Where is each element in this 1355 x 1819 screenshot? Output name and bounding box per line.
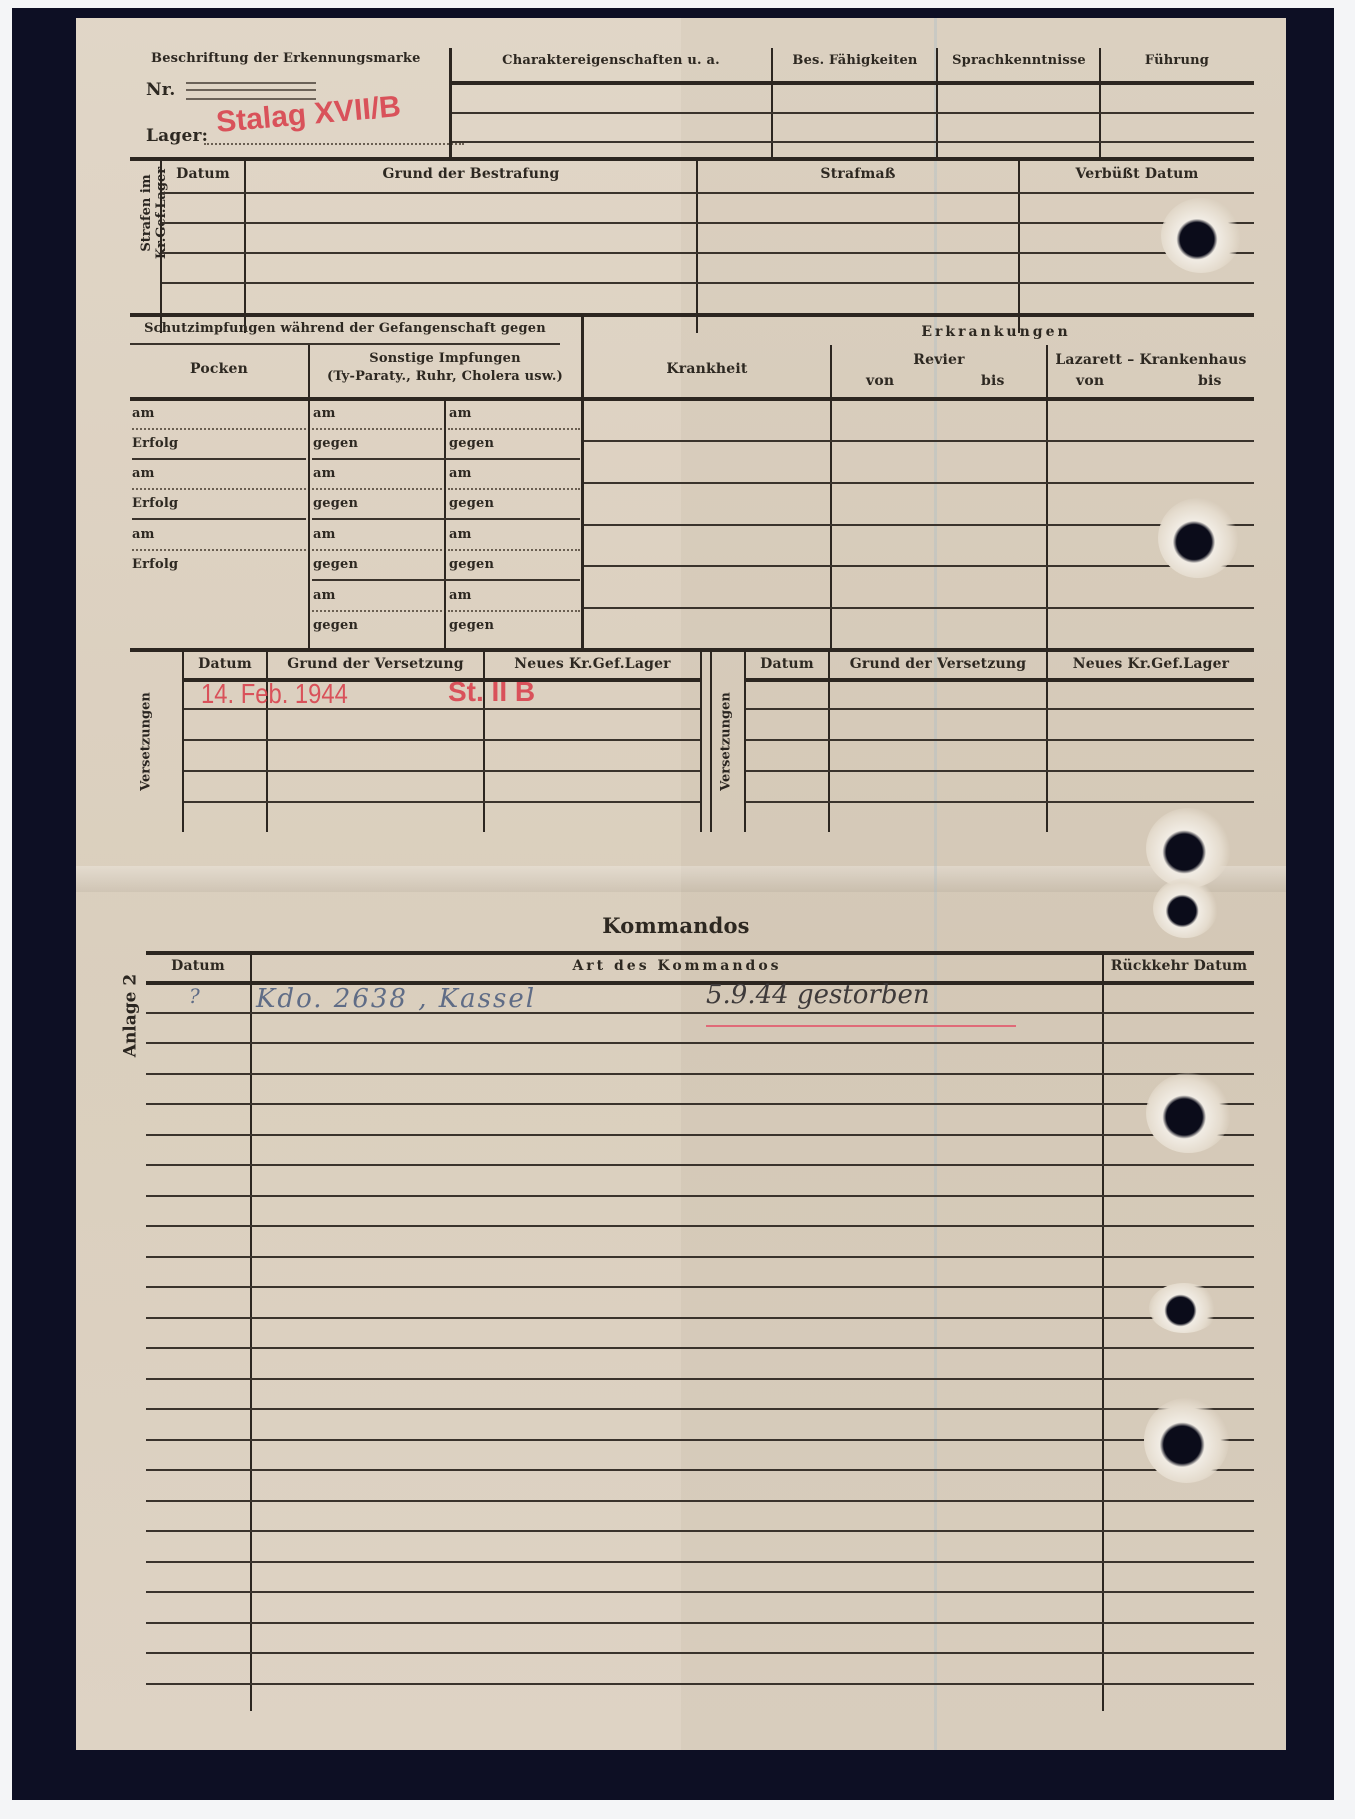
divider bbox=[1046, 345, 1048, 649]
divider bbox=[830, 345, 832, 649]
rule bbox=[746, 708, 1254, 710]
col-sprachen: Sprachkenntnisse bbox=[939, 53, 1099, 68]
rule bbox=[132, 518, 306, 520]
rule bbox=[312, 579, 580, 581]
dotted-line bbox=[448, 610, 580, 612]
strafen-col-strafmass: Strafmaß bbox=[698, 166, 1018, 182]
nr-redacted-lines bbox=[186, 82, 316, 100]
divider bbox=[308, 345, 310, 649]
sonst-b-am-2: am bbox=[449, 466, 472, 481]
rule bbox=[146, 1073, 1254, 1075]
rule bbox=[146, 1439, 1254, 1441]
rule bbox=[130, 313, 1254, 317]
vers-r-col-grund: Grund der Versetzung bbox=[830, 656, 1046, 672]
dotted-line bbox=[448, 428, 580, 430]
sonst-b-am-1: am bbox=[449, 406, 472, 421]
strafen-col-grund: Grund der Bestrafung bbox=[246, 166, 696, 182]
rule bbox=[146, 1225, 1254, 1227]
rule bbox=[146, 1683, 1254, 1685]
divider bbox=[444, 399, 446, 649]
versetzung-datum-stamp: 14. Feb. 1944 bbox=[201, 678, 348, 710]
rule bbox=[584, 440, 1254, 442]
erkr-revier-bis: bis bbox=[981, 373, 1005, 389]
kommandos-title: Kommandos bbox=[546, 913, 806, 938]
col-charakter: Charaktereigenschaften u. a. bbox=[452, 53, 770, 68]
pocken-am-2: am bbox=[132, 466, 155, 481]
sonst-a-gegen-4: gegen bbox=[313, 618, 358, 633]
dotted-line bbox=[312, 428, 442, 430]
anlage-side-label: Anlage 2 bbox=[124, 961, 139, 1071]
rule bbox=[146, 1469, 1254, 1471]
rule bbox=[146, 1530, 1254, 1532]
rule bbox=[130, 343, 560, 345]
bullet-hole-damage bbox=[1161, 198, 1241, 273]
impf-col-sonstige: Sonstige Impfungen bbox=[310, 351, 580, 366]
sonst-b-am-4: am bbox=[449, 588, 472, 603]
rule bbox=[146, 1103, 1254, 1105]
sonst-b-gegen-1: gegen bbox=[449, 436, 494, 451]
rule bbox=[146, 1195, 1254, 1197]
kdo-entry-art: Kdo. 2638 , Kassel bbox=[256, 984, 536, 1014]
rule bbox=[184, 739, 700, 741]
bullet-hole-damage bbox=[1149, 1283, 1219, 1333]
divider bbox=[696, 159, 698, 333]
rule bbox=[746, 739, 1254, 741]
erkr-col-krankheit: Krankheit bbox=[584, 361, 830, 377]
paper-fold bbox=[76, 866, 1286, 892]
versetzungen-side-label-right: Versetzungen bbox=[719, 692, 734, 792]
pocken-am-1: am bbox=[132, 406, 155, 421]
sonst-b-gegen-4: gegen bbox=[449, 618, 494, 633]
sonst-a-gegen-3: gegen bbox=[313, 557, 358, 572]
col-faehigkeiten: Bes. Fähigkeiten bbox=[774, 53, 936, 68]
rule bbox=[162, 192, 1254, 194]
kdo-col-rueckkehr: Rückkehr Datum bbox=[1104, 958, 1254, 974]
pocken-erfolg-1: Erfolg bbox=[132, 436, 178, 451]
rule bbox=[162, 222, 1254, 224]
vers-l-col-neues-lager: Neues Kr.Gef.Lager bbox=[485, 656, 700, 672]
erkr-col-lazarett: Lazarett – Krankenhaus bbox=[1048, 352, 1254, 368]
bullet-hole-damage bbox=[1158, 498, 1238, 578]
dotted-line bbox=[312, 610, 442, 612]
rule bbox=[584, 607, 1254, 609]
sonst-b-gegen-3: gegen bbox=[449, 557, 494, 572]
rule bbox=[146, 1164, 1254, 1166]
nr-redacted-line bbox=[186, 89, 316, 91]
divider bbox=[250, 953, 252, 1711]
rule bbox=[584, 565, 1254, 567]
erkr-lazarett-bis: bis bbox=[1198, 373, 1222, 389]
rule bbox=[146, 1134, 1254, 1136]
impf-col-sonstige-detail: (Ty-Paraty., Ruhr, Cholera usw.) bbox=[310, 369, 580, 384]
versetzung-lager-stamp: St. II B bbox=[448, 676, 535, 708]
pocken-erfolg-2: Erfolg bbox=[132, 496, 178, 511]
col-fuehrung: Führung bbox=[1102, 53, 1252, 68]
rule bbox=[162, 252, 1254, 254]
erkennungsmarke-title: Beschriftung der Erkennungsmarke bbox=[151, 51, 421, 66]
divider bbox=[1018, 159, 1020, 333]
dotted-line bbox=[132, 428, 306, 430]
rule bbox=[312, 518, 580, 520]
dotted-line bbox=[312, 549, 442, 551]
paper-crease bbox=[934, 18, 937, 1750]
rule bbox=[452, 112, 1254, 114]
rule bbox=[184, 770, 700, 772]
impfungen-title: Schutzimpfungen während der Gefangenscha… bbox=[130, 321, 560, 336]
sonst-a-am-3: am bbox=[313, 527, 336, 542]
sonst-a-am-2: am bbox=[313, 466, 336, 481]
kdo-entry-note: 5.9.44 gestorben bbox=[706, 980, 930, 1010]
strafen-col-verbuesst: Verbüßt Datum bbox=[1020, 166, 1254, 182]
rule bbox=[146, 1317, 1254, 1319]
divider bbox=[160, 159, 162, 333]
bullet-hole-damage bbox=[1146, 808, 1231, 888]
divider bbox=[244, 159, 246, 333]
rule bbox=[746, 770, 1254, 772]
vers-r-col-datum: Datum bbox=[746, 656, 828, 672]
rule bbox=[146, 951, 1254, 955]
rule bbox=[452, 81, 1254, 85]
erkr-lazarett-von: von bbox=[1076, 373, 1104, 389]
pocken-am-3: am bbox=[132, 527, 155, 542]
bullet-hole-damage bbox=[1144, 1398, 1229, 1483]
rule bbox=[146, 1347, 1254, 1349]
rule bbox=[184, 801, 700, 803]
rule bbox=[746, 801, 1254, 803]
rule bbox=[146, 1500, 1254, 1502]
rule bbox=[146, 1256, 1254, 1258]
erkr-revier-von: von bbox=[866, 373, 894, 389]
rule bbox=[146, 1378, 1254, 1380]
rule bbox=[146, 1408, 1254, 1410]
vers-l-col-datum: Datum bbox=[184, 656, 266, 672]
kdo-col-art: Art des Kommandos bbox=[252, 958, 1102, 974]
vers-r-col-neues-lager: Neues Kr.Gef.Lager bbox=[1048, 656, 1254, 672]
rule bbox=[132, 458, 306, 460]
dotted-line bbox=[132, 549, 306, 551]
rule bbox=[130, 157, 1254, 161]
dotted-line bbox=[132, 488, 306, 490]
rule bbox=[146, 1622, 1254, 1624]
sonst-a-am-1: am bbox=[313, 406, 336, 421]
divider bbox=[700, 650, 702, 832]
nr-label: Nr. bbox=[146, 80, 175, 100]
rule bbox=[146, 1561, 1254, 1563]
rule bbox=[146, 1286, 1254, 1288]
dotted-line bbox=[312, 488, 442, 490]
bullet-hole-damage bbox=[1153, 878, 1218, 938]
kdo-col-datum: Datum bbox=[146, 958, 250, 974]
rule bbox=[130, 397, 1254, 401]
lager-label: Lager: bbox=[146, 126, 208, 146]
versetzungen-side-label-left: Versetzungen bbox=[139, 692, 154, 792]
rule bbox=[584, 482, 1254, 484]
rule bbox=[452, 141, 1254, 143]
rule bbox=[584, 524, 1254, 526]
rule bbox=[146, 1652, 1254, 1654]
sonst-b-gegen-2: gegen bbox=[449, 496, 494, 511]
document-page: Beschriftung der Erkennungsmarke Nr. Lag… bbox=[76, 18, 1286, 1750]
red-underline bbox=[706, 1025, 1016, 1027]
lager-dotted-line bbox=[204, 143, 464, 145]
sonst-a-gegen-2: gegen bbox=[313, 496, 358, 511]
sonst-a-gegen-1: gegen bbox=[313, 436, 358, 451]
rule bbox=[130, 648, 1254, 652]
strafen-col-datum: Datum bbox=[162, 166, 244, 182]
sonst-b-am-3: am bbox=[449, 527, 472, 542]
bullet-hole-damage bbox=[1146, 1073, 1231, 1153]
rule bbox=[146, 1042, 1254, 1044]
rule bbox=[162, 282, 1254, 284]
vers-l-col-grund: Grund der Versetzung bbox=[268, 656, 483, 672]
erkr-col-revier: Revier bbox=[832, 352, 1046, 368]
divider bbox=[1102, 953, 1104, 1711]
erkrankungen-title: Erkrankungen bbox=[876, 324, 1116, 340]
rule bbox=[146, 1591, 1254, 1593]
rule bbox=[746, 678, 1254, 682]
dotted-line bbox=[448, 549, 580, 551]
impf-col-pocken: Pocken bbox=[130, 361, 308, 377]
sonst-a-am-4: am bbox=[313, 588, 336, 603]
dotted-line bbox=[448, 488, 580, 490]
kdo-entry-datum: ? bbox=[189, 984, 200, 1008]
pocken-erfolg-3: Erfolg bbox=[132, 557, 178, 572]
rule bbox=[312, 458, 580, 460]
divider bbox=[710, 650, 712, 832]
